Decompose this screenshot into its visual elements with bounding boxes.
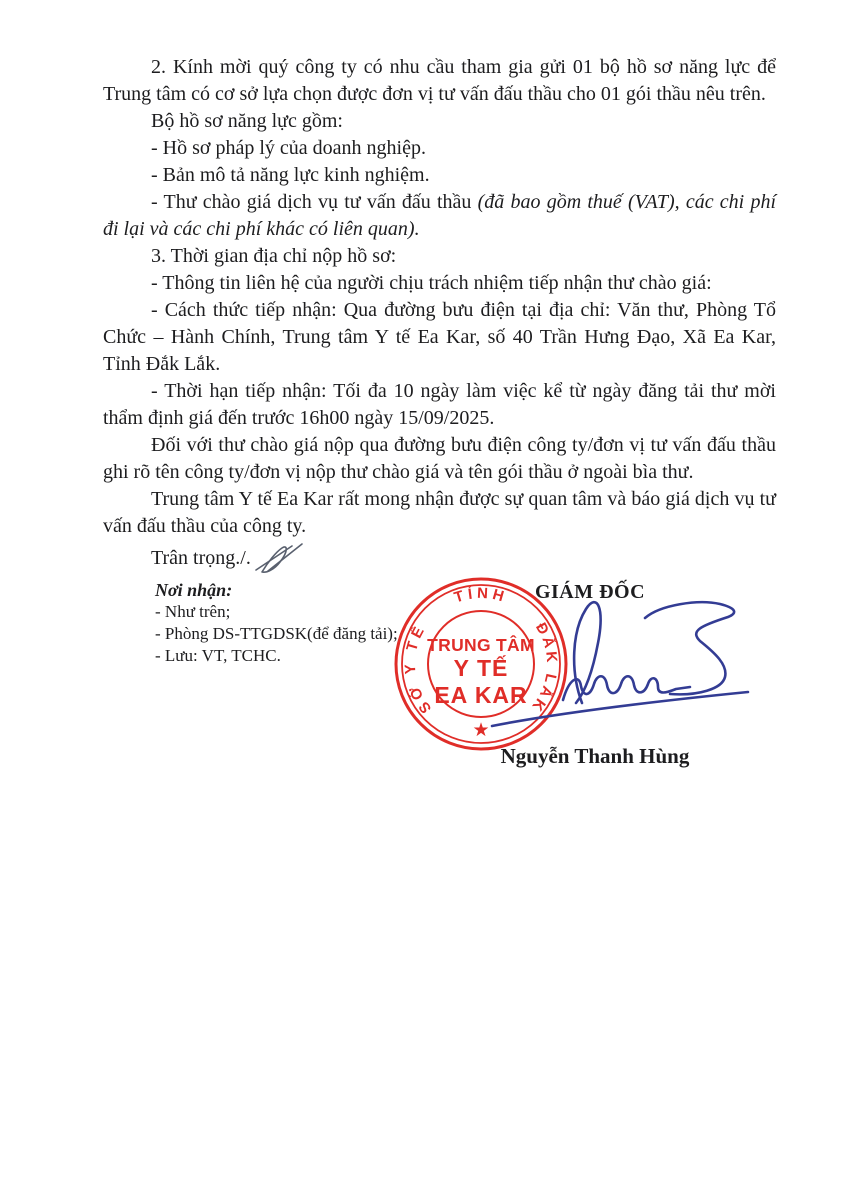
list-item-capability: - Bản mô tả năng lực kinh nghiệm.	[103, 162, 776, 189]
paragraph-thanks: Trung tâm Y tế Ea Kar rất mong nhận được…	[103, 486, 776, 540]
list-item-delivery-method: - Cách thức tiếp nhận: Qua đường bưu điệ…	[103, 297, 776, 378]
paragraph-closing: Trân trọng./.	[103, 540, 776, 574]
handwritten-signature	[478, 583, 758, 733]
recipients-block: Nơi nhận: - Như trên; - Phòng DS-TTGDSK(…	[155, 579, 398, 667]
signature-tall-loop	[574, 602, 601, 703]
closing-text: Trân trọng./.	[151, 547, 251, 569]
recipient-item: - Phòng DS-TTGDSK(để đăng tải);	[155, 623, 398, 645]
signature-humps	[563, 676, 690, 700]
signature-flourish	[645, 602, 734, 694]
list-item-quotation: - Thư chào giá dịch vụ tư vấn đấu thầu (…	[103, 189, 776, 243]
list-item-legal-docs: - Hồ sơ pháp lý của doanh nghiệp.	[103, 135, 776, 162]
paragraph-invite: 2. Kính mời quý công ty có nhu cầu tham …	[103, 54, 776, 108]
list-item-contact: - Thông tin liên hệ của người chịu trách…	[103, 270, 776, 297]
signature-underline	[492, 692, 748, 726]
paragraph-envelope-note: Đối với thư chào giá nộp qua đường bưu đ…	[103, 432, 776, 486]
handwritten-paraph-mark	[252, 540, 304, 574]
letter-body: 2. Kính mời quý công ty có nhu cầu tham …	[103, 54, 776, 574]
list-item-deadline: - Thời hạn tiếp nhận: Tối đa 10 ngày làm…	[103, 378, 776, 432]
recipient-item: - Lưu: VT, TCHC.	[155, 645, 398, 667]
recipient-item: - Như trên;	[155, 601, 398, 623]
paragraph-dossier-intro: Bộ hồ sơ năng lực gồm:	[103, 108, 776, 135]
quotation-normal-run: - Thư chào giá dịch vụ tư vấn đấu thầu	[151, 191, 478, 213]
paragraph-time-address: 3. Thời gian địa chỉ nộp hồ sơ:	[103, 243, 776, 270]
document-page: 2. Kính mời quý công ty có nhu cầu tham …	[0, 0, 849, 1200]
recipients-header: Nơi nhận:	[155, 579, 398, 601]
signer-name: Nguyễn Thanh Hùng	[470, 744, 720, 769]
